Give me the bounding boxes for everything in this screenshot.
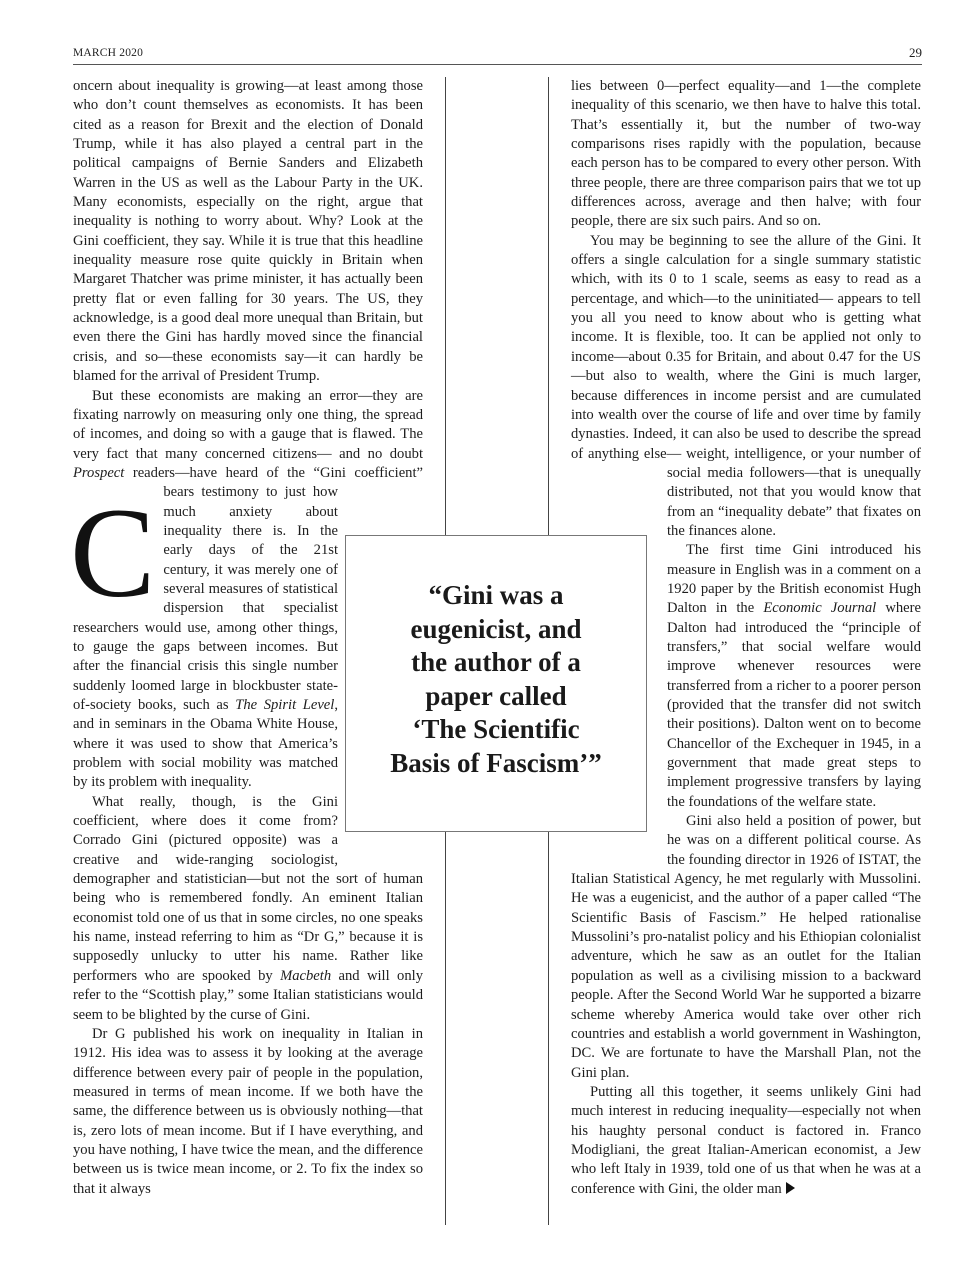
- page-header: MARCH 2020 29: [73, 44, 922, 65]
- pull-quote-box: “Gini was a eugenicist, and the author o…: [345, 535, 647, 832]
- paragraph: Putting all this together, it seems unli…: [571, 1083, 921, 1199]
- play-title: Macbeth: [280, 968, 331, 984]
- paragraph: Dr G published his work on inequality in…: [73, 1025, 423, 1199]
- paragraph: lies between 0—perfect equality—and 1—th…: [571, 77, 921, 232]
- column-rule-right-top: [548, 77, 549, 535]
- column-rule-right-bottom: [548, 832, 549, 1225]
- column-rule-left-bottom: [445, 832, 446, 1225]
- pull-quote: “Gini was a eugenicist, and the author o…: [361, 579, 631, 780]
- drop-cap: C: [70, 505, 155, 605]
- page-number: 29: [909, 45, 922, 61]
- publication-title: Prospect: [73, 465, 124, 481]
- column-rule-left-top: [445, 77, 446, 535]
- continue-arrow-icon: [786, 1182, 795, 1194]
- paragraph: Gini also held a position of power, but …: [571, 812, 921, 1083]
- journal-title: Economic Journal: [763, 600, 876, 616]
- issue-date: MARCH 2020: [73, 47, 143, 59]
- paragraph: Concern about inequality is growing—at l…: [73, 77, 423, 387]
- book-title: The Spirit Level: [235, 697, 334, 713]
